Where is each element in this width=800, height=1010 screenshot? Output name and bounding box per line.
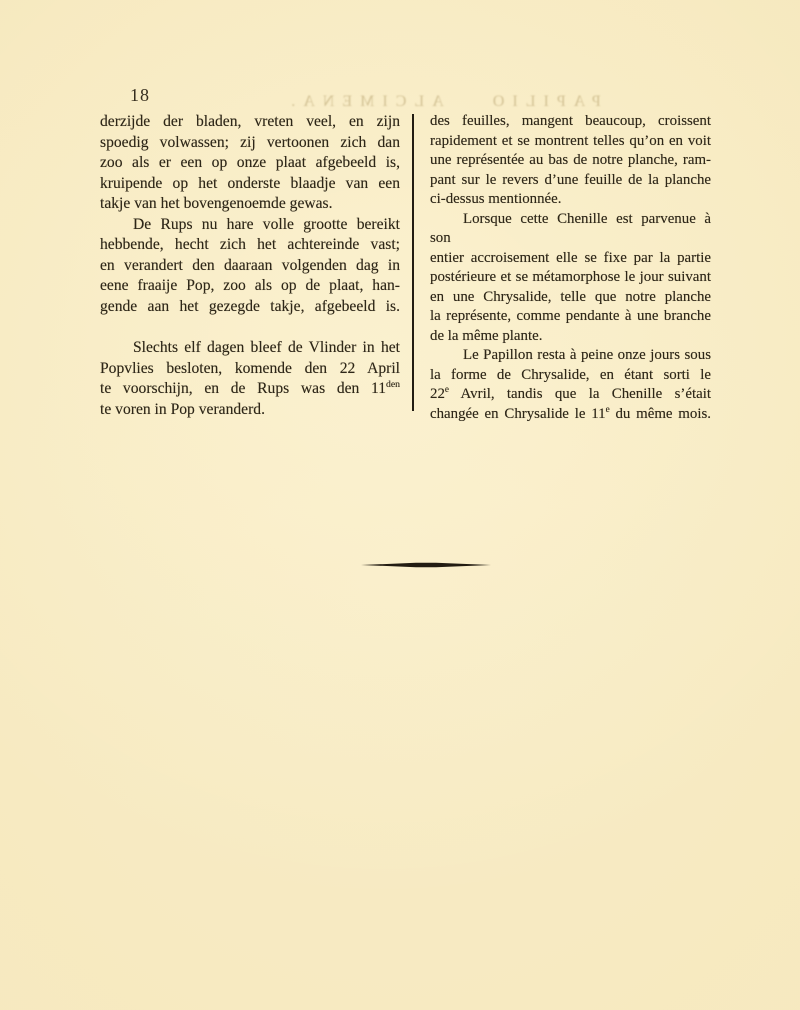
text-fragment: te voorschijn, en de Rups was den 11: [100, 380, 386, 397]
text-fragment: du même mois.: [610, 406, 711, 422]
text-line: kruipende op het onderste blaadje van ee…: [100, 174, 400, 195]
text-line: ci-dessus mentionnée.: [430, 190, 711, 210]
text-line: zoo als er een op onze plaat afgebeeld i…: [100, 153, 400, 174]
text-line: en verandert den daaraan volgenden dag i…: [100, 256, 400, 277]
text-line: rapidement et se montrent telles qu’on e…: [430, 132, 711, 152]
text-line: Popvlies besloten, komende den 22 April: [100, 359, 400, 380]
text-line: derzijde der bladen, vreten veel, en zij…: [100, 112, 400, 133]
text-line: te voorschijn, en de Rups was den 11den: [100, 379, 400, 400]
text-line: gende aan het gezegde takje, afgebeeld i…: [100, 297, 400, 318]
dutch-paragraph-2: De Rups nu hare volle grootte bereikt he…: [100, 215, 400, 318]
text-line: De Rups nu hare volle grootte bereikt: [100, 215, 400, 236]
text-line: eene fraaije Pop, zoo als op de plaat, h…: [100, 276, 400, 297]
show-through-title: PAPILIO ALCIMENA.: [232, 93, 652, 111]
text-fragment: changée en Chrysalide le 11: [430, 406, 606, 422]
page-number: 18: [130, 85, 150, 106]
text-line: hebbende, hecht zich het achtereinde vas…: [100, 235, 400, 256]
dutch-column: derzijde der bladen, vreten veel, en zij…: [100, 112, 400, 420]
french-paragraph-3: Le Papillon resta à peine onze jours sou…: [430, 346, 711, 424]
text-line: pant sur le revers d’une feuille de la p…: [430, 171, 711, 191]
text-line: changée en Chrysalide le 11e du même moi…: [430, 405, 711, 425]
text-line: des feuilles, mangent beaucoup, croissen…: [430, 112, 711, 132]
text-line: de la même plante.: [430, 327, 711, 347]
dutch-paragraph-3: Slechts elf dagen bleef de Vlinder in he…: [100, 338, 400, 420]
book-page: PAPILIO ALCIMENA. 18 derzijde der bladen…: [0, 0, 800, 1010]
text-line: 22e Avril, tandis que la Chenille s’étai…: [430, 385, 711, 405]
french-paragraph-2: Lorsque cette Chenille est parvenue à so…: [430, 210, 711, 347]
french-paragraph-1: des feuilles, mangent beaucoup, croissen…: [430, 112, 711, 210]
text-line: Lorsque cette Chenille est parvenue à so…: [430, 210, 711, 249]
text-line: une représentée au bas de notre planche,…: [430, 151, 711, 171]
column-divider-rule: [412, 114, 414, 411]
section-divider-rule: [361, 562, 491, 568]
text-fragment: 22: [430, 386, 445, 402]
text-line: postérieure et se métamorphose le jour s…: [430, 268, 711, 288]
dutch-paragraph-1: derzijde der bladen, vreten veel, en zij…: [100, 112, 400, 215]
text-line: la représente, comme pendante à une bran…: [430, 307, 711, 327]
text-line: Slechts elf dagen bleef de Vlinder in he…: [100, 338, 400, 359]
french-column: des feuilles, mangent beaucoup, croissen…: [430, 112, 711, 424]
text-line: spoedig volwassen; zij vertoonen zich da…: [100, 133, 400, 154]
text-line: la forme de Chrysalide, en étant sorti l…: [430, 366, 711, 386]
text-line: te voren in Pop veranderd.: [100, 400, 400, 421]
superscript-date-suffix: den: [386, 379, 400, 390]
text-fragment: Avril, tandis que la Chenille s’était: [449, 386, 711, 402]
text-line: takje van het bovengenoemde gewas.: [100, 194, 400, 215]
text-line: en une Chrysalide, telle que notre planc…: [430, 288, 711, 308]
text-line: entier accroisement elle se fixe par la …: [430, 249, 711, 269]
text-line: Le Papillon resta à peine onze jours sou…: [430, 346, 711, 366]
